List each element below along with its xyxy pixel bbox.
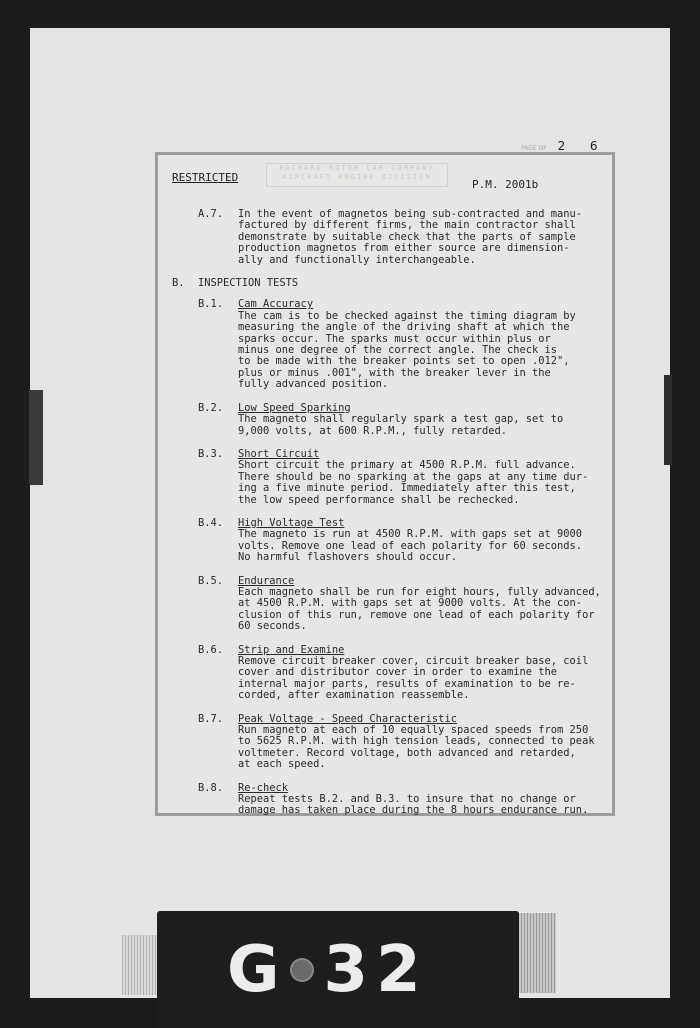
test-body: EnduranceEach magneto shall be run for e…	[238, 576, 607, 633]
test-number: B.6.	[172, 645, 238, 702]
film-edge-mark	[29, 390, 43, 485]
test-number: B.5.	[172, 576, 238, 633]
test-item: B.3.Short CircuitShort circuit the prima…	[172, 449, 607, 506]
film-edge-mark	[664, 375, 672, 465]
document-frame: RESTRICTED PACKARD MOTOR CAR COMPANY AIR…	[155, 152, 615, 816]
page-total: 6	[590, 139, 599, 153]
paragraph-text: In the event of magnetos being sub-contr…	[238, 209, 607, 266]
plate-letter: G	[227, 933, 288, 1007]
page-marker: PAGE OF 2 6	[515, 139, 598, 153]
page-number: 2	[558, 139, 567, 153]
test-body: Peak Voltage - Speed CharacteristicRun m…	[238, 714, 607, 771]
company-stamp: PACKARD MOTOR CAR COMPANY AIRCRAFT ENGIN…	[266, 163, 448, 187]
film-id-plate: G 32	[157, 911, 519, 1028]
test-body: Cam AccuracyThe cam is to be checked aga…	[238, 299, 607, 390]
test-text: The cam is to be checked against the tim…	[238, 310, 576, 390]
stamp-line: PACKARD MOTOR CAR COMPANY	[267, 164, 447, 173]
test-number: B.8.	[172, 783, 238, 817]
test-item: B.4.High Voltage TestThe magneto is run …	[172, 518, 607, 564]
test-number: B.7.	[172, 714, 238, 771]
test-body: Re-checkRepeat tests B.2. and B.3. to in…	[238, 783, 607, 817]
document-number: P.M. 2001b	[472, 178, 538, 191]
section-heading: B. INSPECTION TESTS	[172, 278, 607, 289]
test-text: Each magneto shall be run for eight hour…	[238, 586, 601, 632]
test-text: Remove circuit breaker cover, circuit br…	[238, 655, 588, 701]
test-number: B.4.	[172, 518, 238, 564]
document-body: A.7. In the event of magnetos being sub-…	[172, 209, 607, 829]
plate-number: 32	[324, 933, 429, 1007]
test-number: B.2.	[172, 403, 238, 437]
test-item: B.7.Peak Voltage - Speed CharacteristicR…	[172, 714, 607, 771]
shadow-artifact	[518, 913, 556, 993]
test-body: Low Speed SparkingThe magneto shall regu…	[238, 403, 607, 437]
stamp-line: AIRCRAFT ENGINE DIVISION	[267, 173, 447, 182]
test-body: High Voltage TestThe magneto is run at 4…	[238, 518, 607, 564]
test-text: The magneto shall regularly spark a test…	[238, 413, 563, 436]
page-marker-label: PAGE OF	[521, 145, 547, 152]
test-text: Short circuit the primary at 4500 R.P.M.…	[238, 459, 588, 505]
test-text: Run magneto at each of 10 equally spaced…	[238, 724, 595, 770]
test-item: B.1.Cam AccuracyThe cam is to be checked…	[172, 299, 607, 390]
test-list: B.1.Cam AccuracyThe cam is to be checked…	[172, 299, 607, 816]
test-number: B.3.	[172, 449, 238, 506]
test-number: B.1.	[172, 299, 238, 390]
classification-label: RESTRICTED	[172, 171, 238, 184]
test-text: The magneto is run at 4500 R.P.M. with g…	[238, 528, 582, 563]
test-item: B.5.EnduranceEach magneto shall be run f…	[172, 576, 607, 633]
section-number: B.	[172, 278, 198, 289]
test-text: Repeat tests B.2. and B.3. to insure tha…	[238, 793, 588, 816]
test-body: Strip and ExamineRemove circuit breaker …	[238, 645, 607, 702]
section-title: INSPECTION TESTS	[198, 278, 298, 289]
plate-rivet-icon	[290, 958, 314, 982]
test-item: B.2.Low Speed SparkingThe magneto shall …	[172, 403, 607, 437]
test-item: B.8.Re-checkRepeat tests B.2. and B.3. t…	[172, 783, 607, 817]
paragraph-number: A.7.	[172, 209, 238, 266]
test-item: B.6.Strip and ExamineRemove circuit brea…	[172, 645, 607, 702]
test-body: Short CircuitShort circuit the primary a…	[238, 449, 607, 506]
plate-label: G 32	[227, 933, 429, 1007]
paragraph-a7: A.7. In the event of magnetos being sub-…	[172, 209, 607, 266]
shadow-artifact	[122, 935, 157, 995]
